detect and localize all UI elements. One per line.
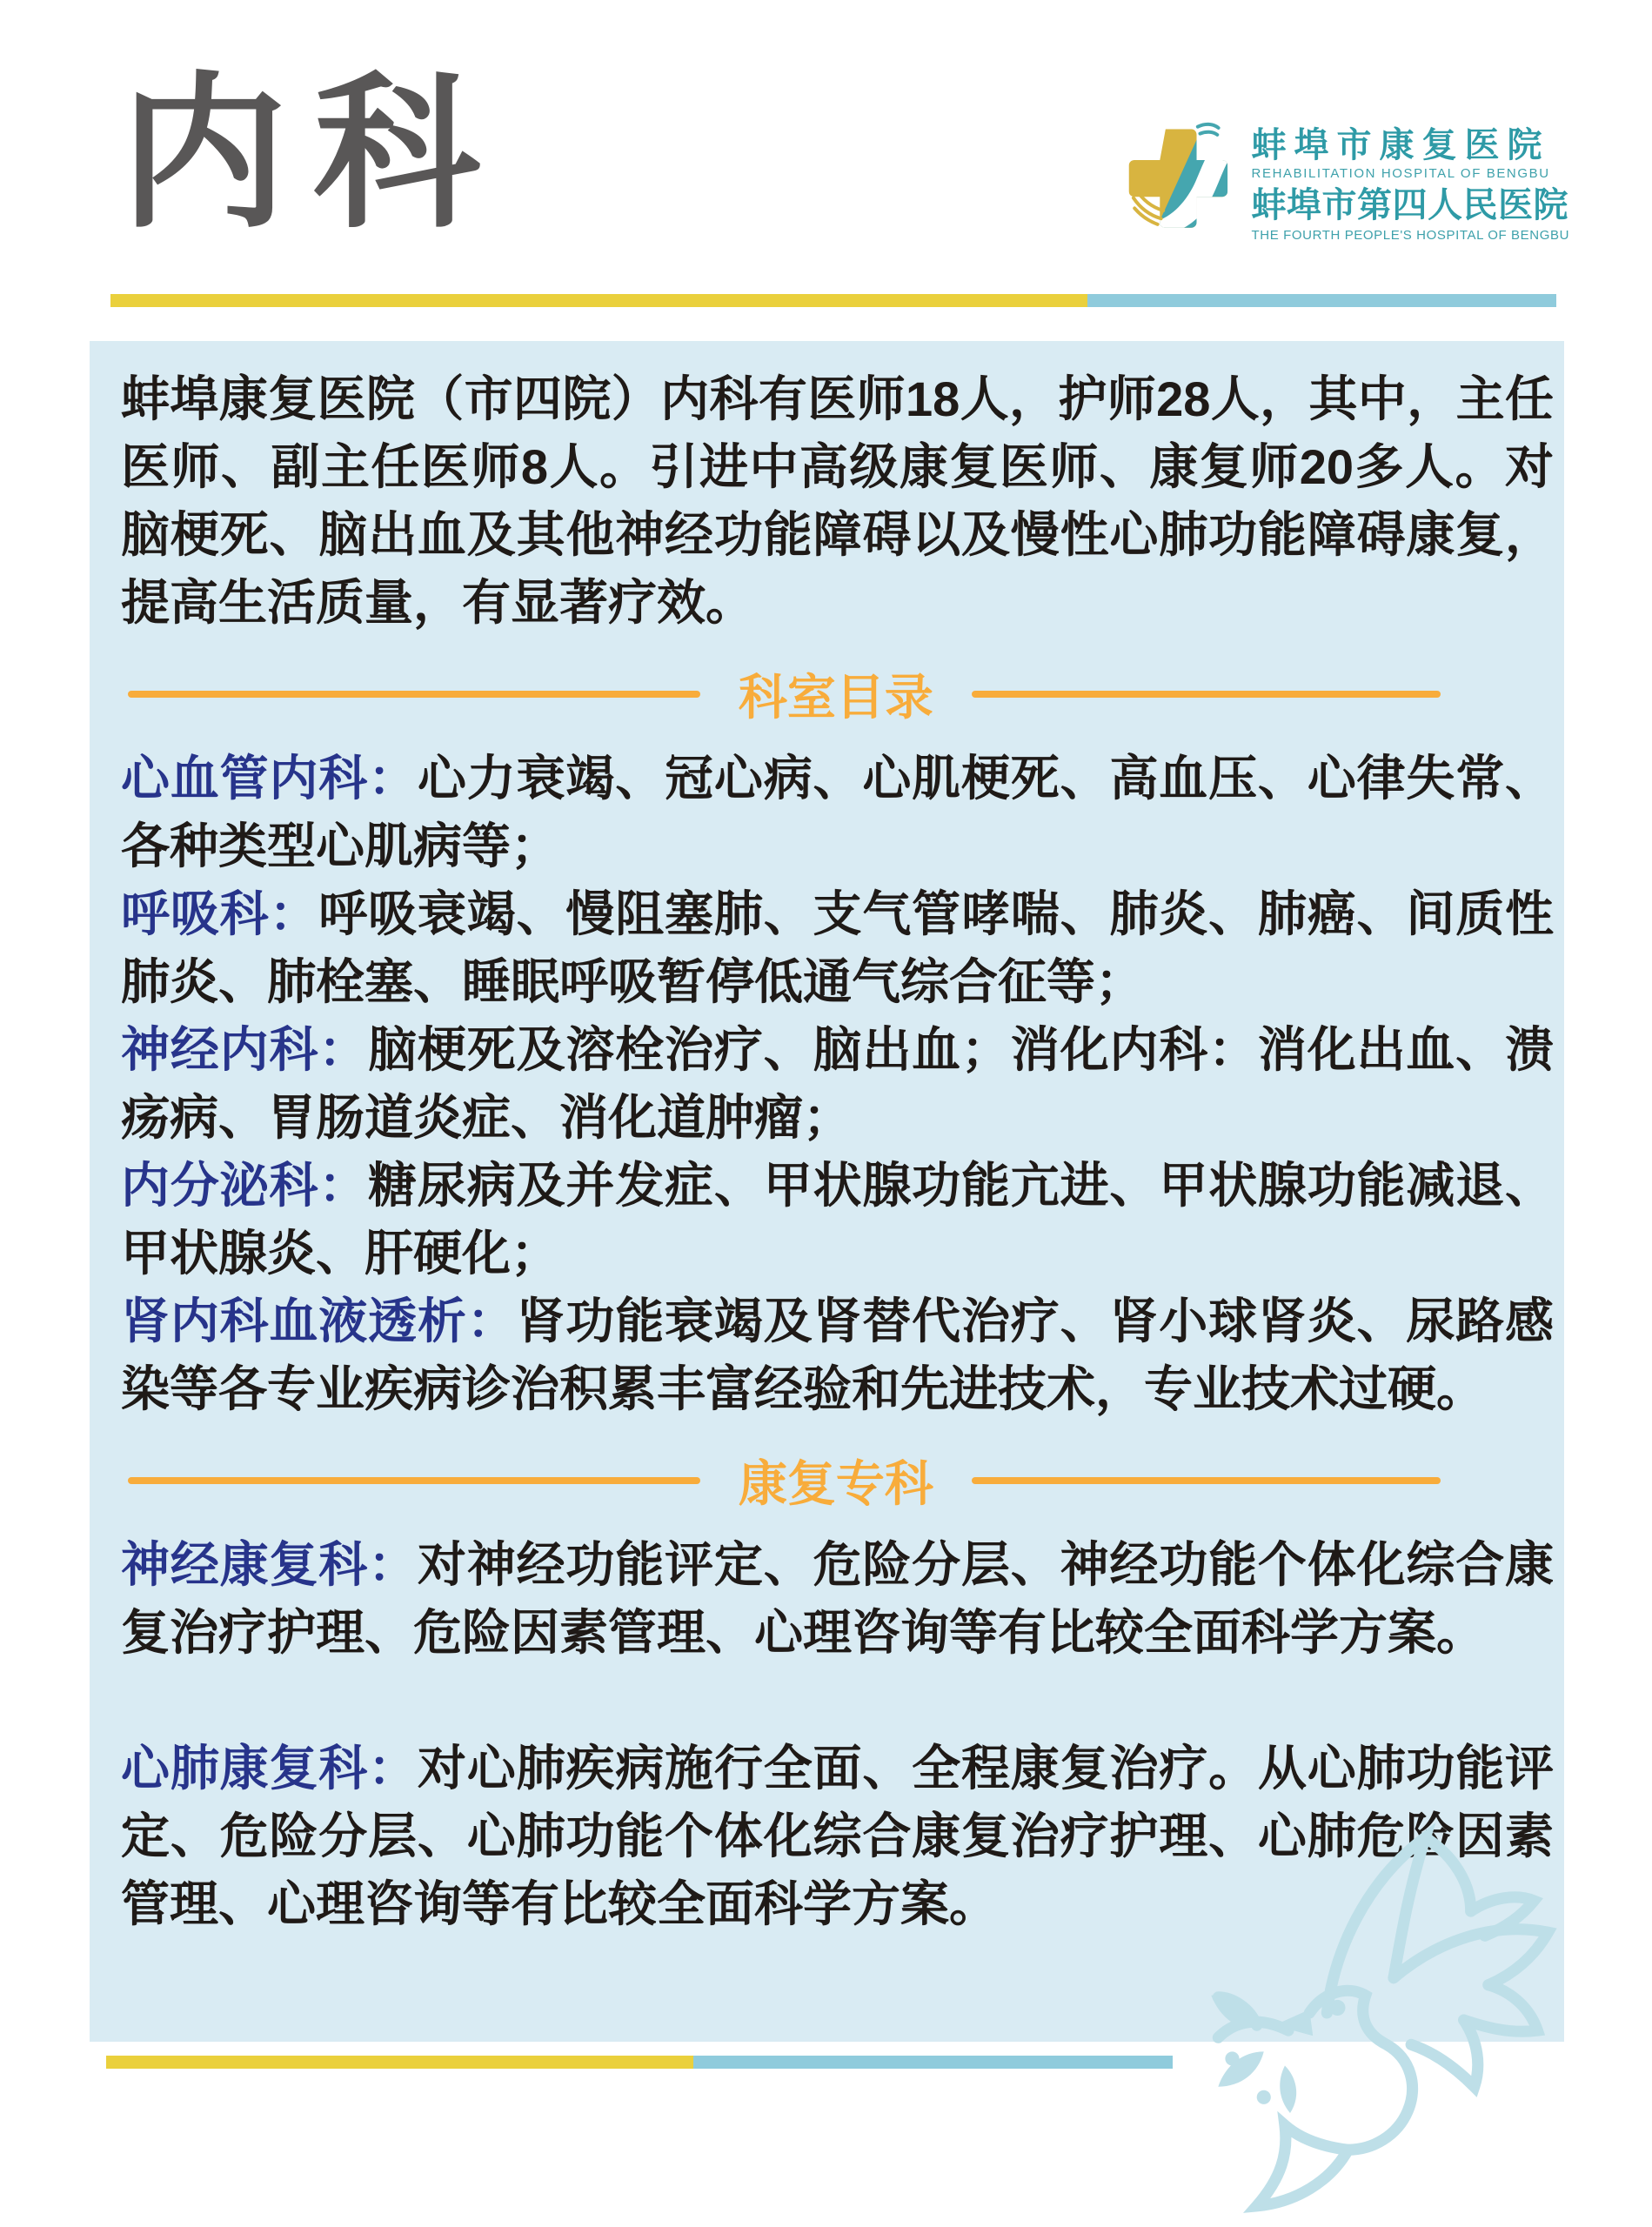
- department-description: 呼吸衰竭、慢阻塞肺、支气管哮喘、肺炎、肺癌、间质性肺炎、肺栓塞、睡眠呼吸暂停低通…: [121, 886, 1554, 1009]
- department-entry: 肾内科血液透析：肾功能衰竭及肾替代治疗、肾小球肾炎、尿路感染等各专业疾病诊治积累…: [121, 1287, 1554, 1423]
- hospital-alt-name-en: THE FOURTH PEOPLE'S HOSPITAL OF BENGBU: [1252, 226, 1569, 244]
- hospital-name-cn: 蚌埠市康复医院: [1252, 126, 1569, 164]
- department-label: 内分泌科：: [121, 1158, 368, 1213]
- top-divider-bar: [110, 294, 1556, 307]
- hospital-logo-text: 蚌埠市康复医院 REHABILITATION HOSPITAL OF BENGB…: [1252, 126, 1569, 244]
- section-heading: 科室目录: [739, 659, 933, 729]
- department-label: 神经康复科：: [121, 1537, 418, 1592]
- divider-yellow-segment: [110, 294, 1087, 307]
- heading-rule-left: [128, 691, 700, 698]
- department-entry: 神经内科：脑梗死及溶栓治疗、脑出血；消化内科：消化出血、溃疡病、胃肠道炎症、消化…: [121, 1016, 1554, 1152]
- content-panel: 蚌埠康复医院（市四院）内科有医师18人，护师28人，其中，主任医师、副主任医师8…: [90, 341, 1564, 2042]
- hospital-cross-dove-icon: [1127, 122, 1241, 249]
- section-heading: 康复专科: [739, 1446, 933, 1515]
- bottom-divider-bar: [106, 2056, 1173, 2069]
- heading-rule-right: [972, 691, 1441, 698]
- department-label: 心血管内科：: [121, 751, 418, 806]
- hospital-alt-name-cn: 蚌埠市第四人民医院: [1252, 184, 1569, 226]
- dove-olive-branch-watermark-icon: [1211, 1802, 1580, 2224]
- divider-blue-segment: [1087, 294, 1556, 307]
- section-header-rehab: 康复专科: [121, 1446, 1554, 1515]
- intro-paragraph: 蚌埠康复医院（市四院）内科有医师18人，护师28人，其中，主任医师、副主任医师8…: [121, 365, 1554, 637]
- heading-rule-left: [128, 1477, 700, 1484]
- brochure-page: 内科 蚌埠市康复医院 R: [0, 0, 1652, 2227]
- department-label: 肾内科血液透析：: [121, 1294, 517, 1348]
- department-entry: 内分泌科：糖尿病及并发症、甲状腺功能亢进、甲状腺功能减退、甲状腺炎、肝硬化；: [121, 1152, 1554, 1287]
- department-entry: 心血管内科：心力衰竭、冠心病、心肌梗死、高血压、心律失常、各种类型心肌病等；: [121, 745, 1554, 880]
- department-entry: 神经康复科：对神经功能评定、危险分层、神经功能个体化综合康复治疗护理、危险因素管…: [121, 1531, 1554, 1667]
- hospital-name-en: REHABILITATION HOSPITAL OF BENGBU: [1252, 164, 1569, 184]
- page-title: 内科: [120, 54, 506, 254]
- department-entry: 呼吸科：呼吸衰竭、慢阻塞肺、支气管哮喘、肺炎、肺癌、间质性肺炎、肺栓塞、睡眠呼吸…: [121, 880, 1554, 1016]
- department-label: 心肺康复科：: [121, 1741, 418, 1796]
- divider-yellow-segment: [106, 2056, 693, 2069]
- section-header-directory: 科室目录: [121, 659, 1554, 729]
- heading-rule-right: [972, 1477, 1441, 1484]
- department-label: 神经内科：: [121, 1022, 368, 1077]
- hospital-logo: 蚌埠市康复医院 REHABILITATION HOSPITAL OF BENGB…: [1127, 122, 1569, 249]
- divider-blue-segment: [693, 2056, 1173, 2069]
- department-label: 呼吸科：: [121, 886, 318, 941]
